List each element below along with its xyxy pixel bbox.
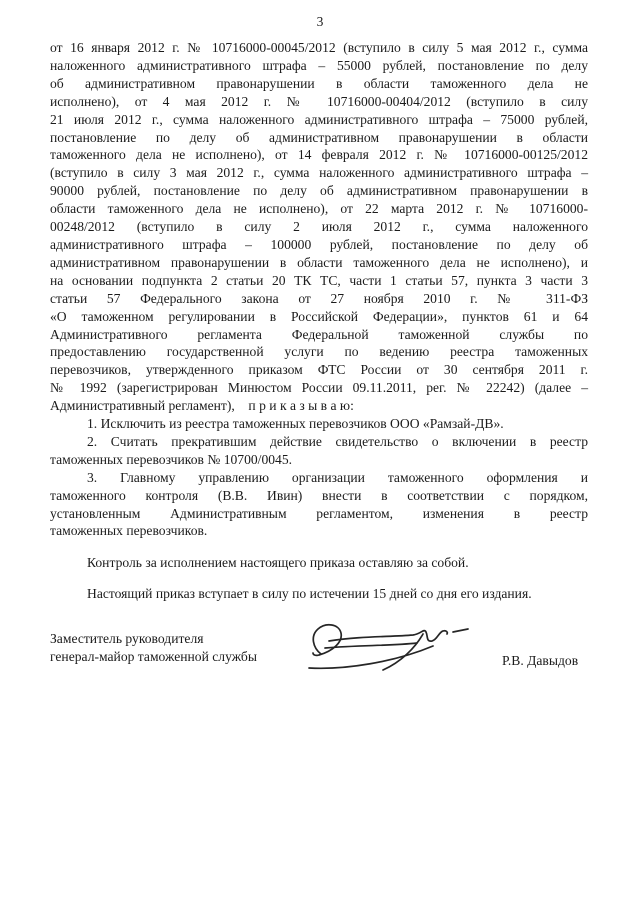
control-paragraph: Контроль за исполнением настоящего прика… [50, 554, 588, 572]
text-line: области таможенного дела не исполнено), … [50, 200, 588, 218]
handwritten-signature-icon [305, 620, 475, 678]
text-line: (вступило в силу 3 мая 2012 г., сумма на… [50, 164, 588, 182]
text-line: административном правонарушении в област… [50, 254, 588, 272]
signatory-position: Заместитель руководителягенерал-майор та… [50, 630, 257, 666]
text-line: таможенных перевозчиков № 10700/0045. [50, 451, 588, 469]
text-line: таможенного дела не исполнено), от 14 фе… [50, 146, 588, 164]
text-line: 2. Считать прекратившим действие свидете… [50, 433, 588, 451]
text-line: 90000 рублей, постановление по делу об а… [50, 182, 588, 200]
text-line: таможенного контроля (В.В. Ивин) внести … [50, 487, 588, 505]
text-line: об административном правонарушении в обл… [50, 75, 588, 93]
text-line: перевозчиков, утвержденного приказом ФТС… [50, 361, 588, 379]
text-line: 3. Главному управлению организации тамож… [50, 469, 588, 487]
text-line: № 1992 (зарегистрирован Минюстом России … [50, 379, 588, 397]
text-line: Административный регламент), п р и к а з… [50, 397, 588, 415]
text-line: административного штрафа – 100000 рублей… [50, 236, 588, 254]
document-body: от 16 января 2012 г. № 10716000-00045/20… [50, 39, 588, 710]
signatory-position-line1: Заместитель руководителя [50, 630, 257, 648]
signatory-position-line2: генерал-майор таможенной службы [50, 648, 257, 666]
text-line: от 16 января 2012 г. № 10716000-00045/20… [50, 39, 588, 57]
order-item-2: 2. Считать прекратившим действие свидете… [50, 433, 588, 469]
text-line: установленным Административным регламент… [50, 505, 588, 523]
text-line: 1. Исключить из реестра таможенных перев… [50, 415, 588, 433]
entry-into-force-paragraph: Настоящий приказ вступает в силу по исте… [50, 585, 588, 603]
document-page: 3 от 16 января 2012 г. № 10716000-00045/… [0, 0, 640, 900]
text-line: постановление по делу об административно… [50, 129, 588, 147]
text-line: таможенных перевозчиков. [50, 522, 588, 540]
signatory-name: Р.В. Давыдов [502, 652, 578, 670]
signature-block: Заместитель руководителягенерал-майор та… [50, 630, 588, 710]
text-line: статьи 57 Федерального закона от 27 нояб… [50, 290, 588, 308]
text-line: 21 июля 2012 г., сумма наложенного админ… [50, 111, 588, 129]
text-line: наложенного административного штрафа – 5… [50, 57, 588, 75]
text-line: Настоящий приказ вступает в силу по исте… [50, 585, 588, 603]
order-item-1: 1. Исключить из реестра таможенных перев… [50, 415, 588, 433]
text-line: Контроль за исполнением настоящего прика… [50, 554, 588, 572]
text-line: 00248/2012 (вступило в силу 2 июля 2012 … [50, 218, 588, 236]
text-line: на основании подпункта 2 статьи 20 ТК ТС… [50, 272, 588, 290]
main-paragraph: от 16 января 2012 г. № 10716000-00045/20… [50, 39, 588, 415]
page-number: 3 [0, 14, 640, 30]
text-line: Административного регламента Федеральной… [50, 326, 588, 344]
text-line: «О таможенном регулировании в Российской… [50, 308, 588, 326]
text-line: исполнено), от 4 мая 2012 г. № 10716000-… [50, 93, 588, 111]
text-line: предоставлению государственной услуги по… [50, 343, 588, 361]
order-item-3: 3. Главному управлению организации тамож… [50, 469, 588, 541]
